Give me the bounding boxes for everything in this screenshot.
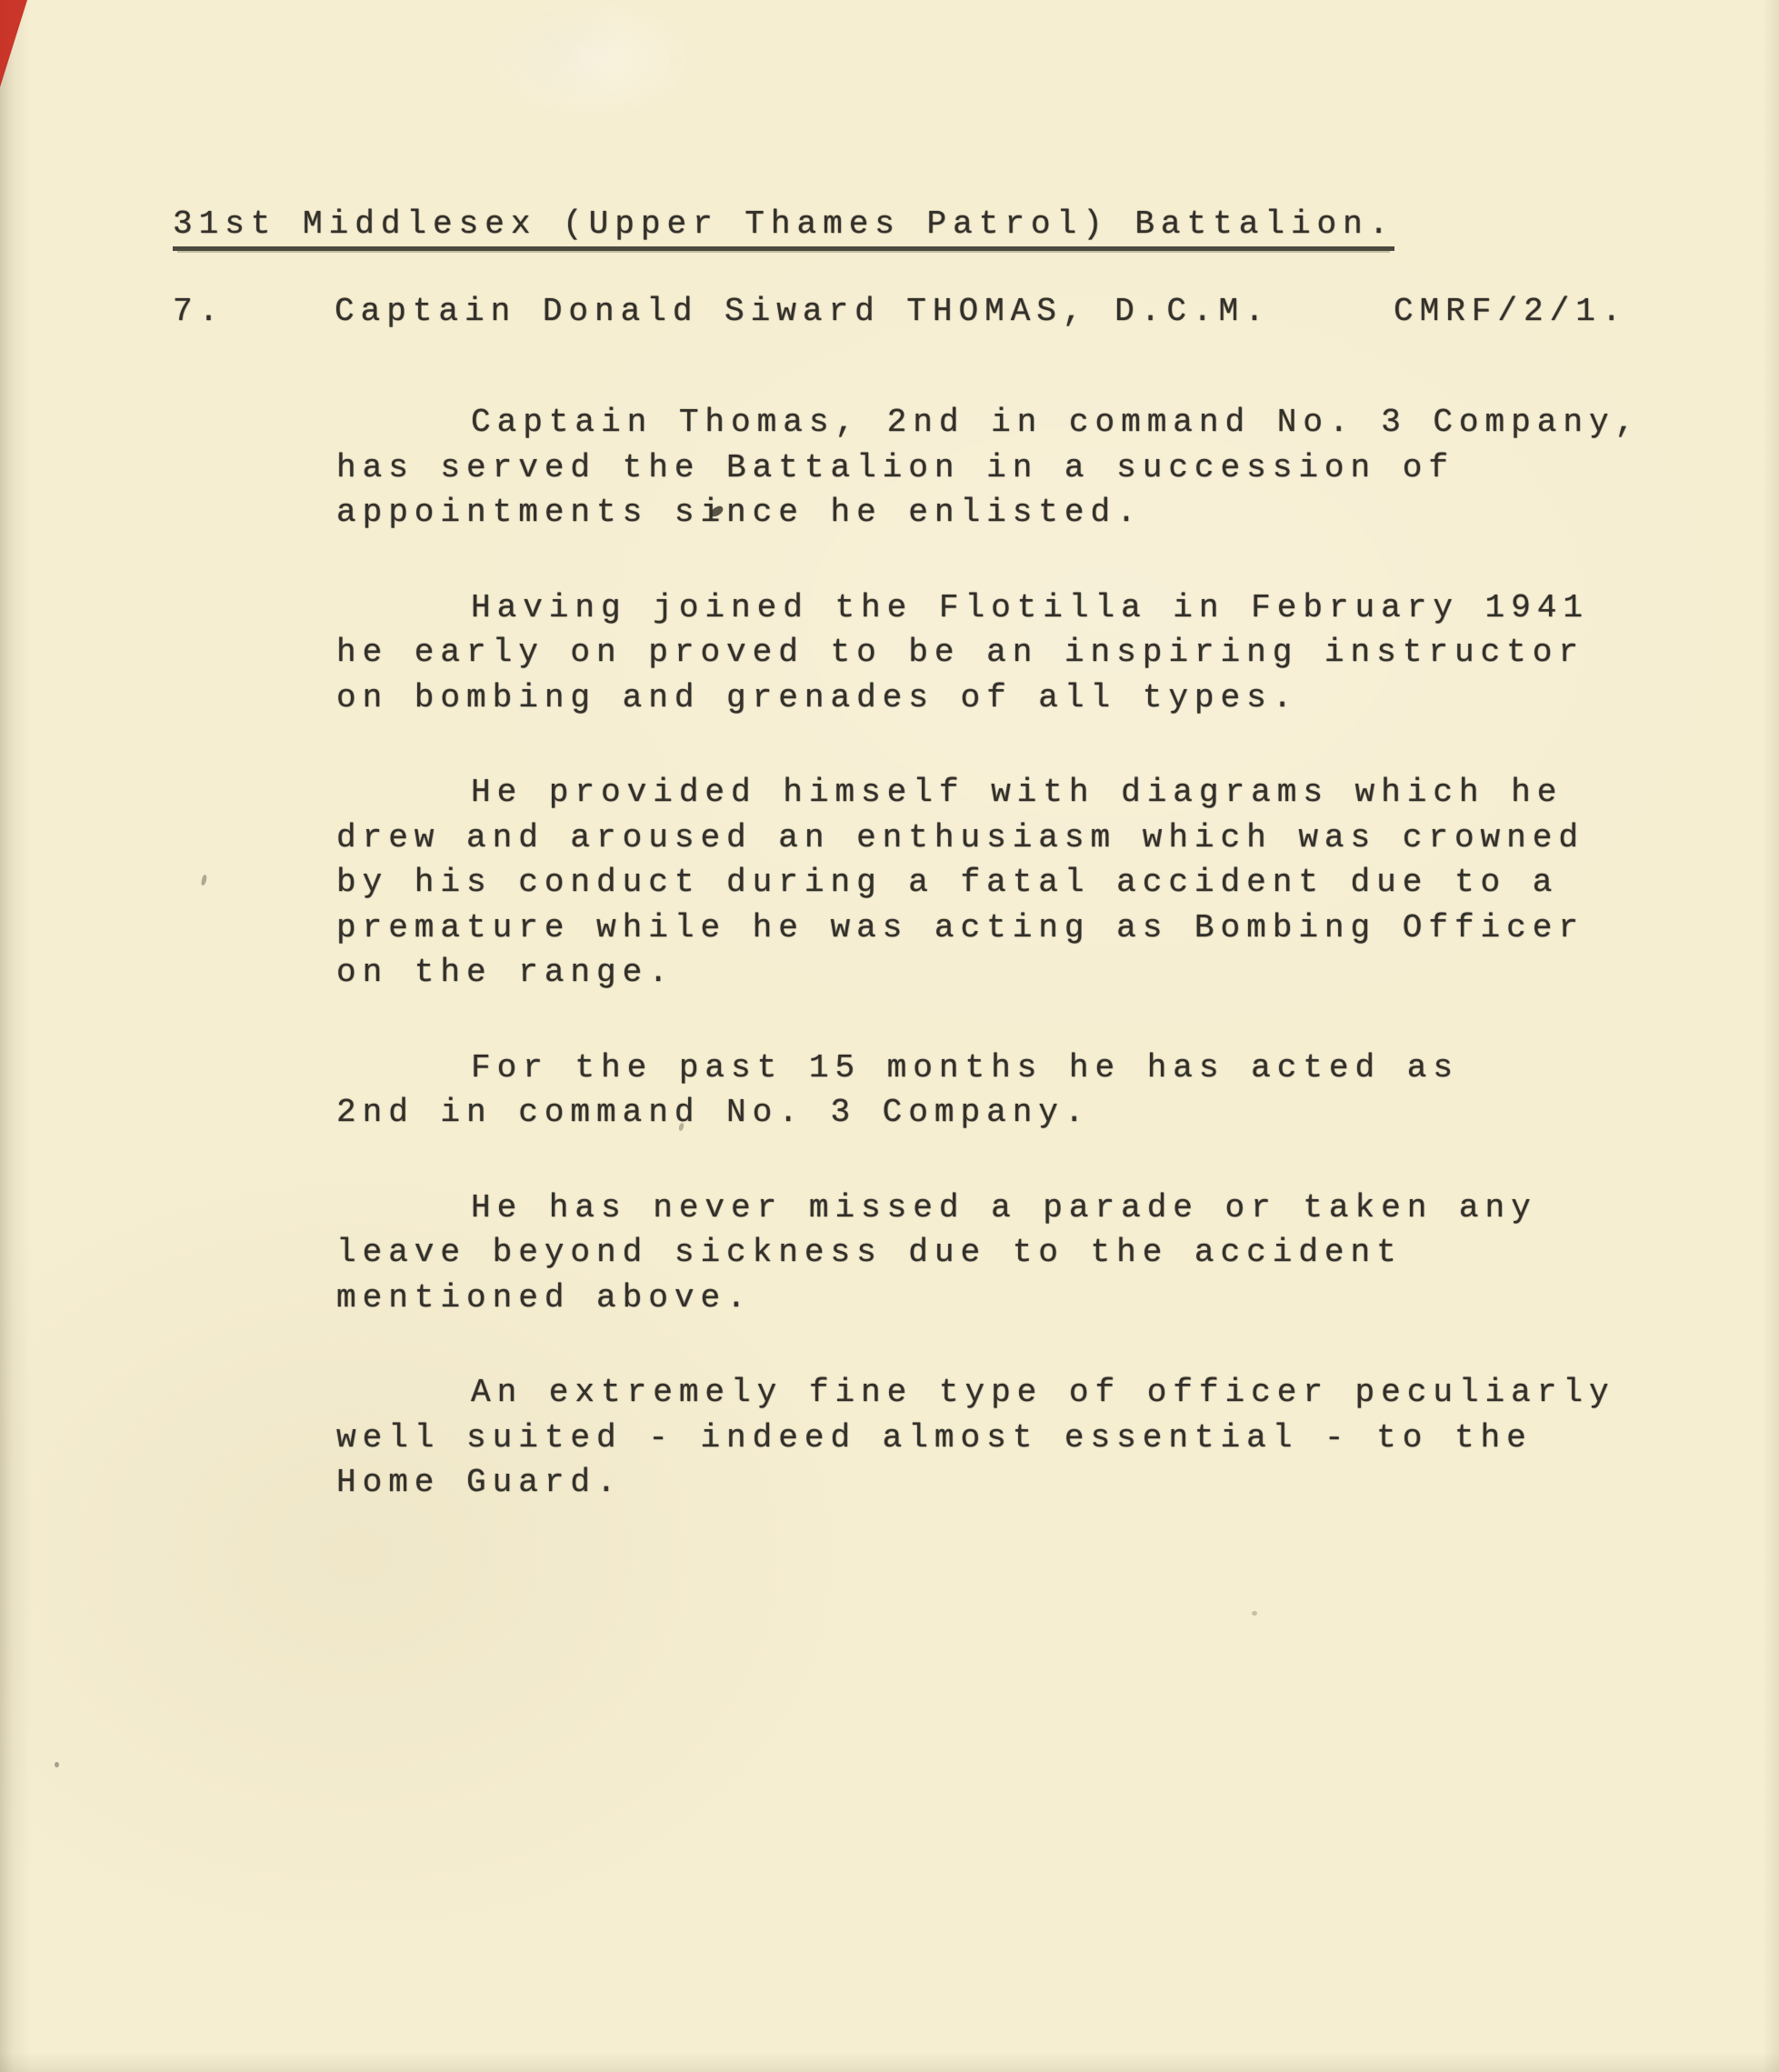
text-line: An extremely fine type of officer peculi… <box>336 1370 1682 1416</box>
paragraph: For the past 15 months he has acted as2n… <box>336 1046 1682 1136</box>
paragraph: Having joined the Flotilla in February 1… <box>336 586 1682 721</box>
ink-speck <box>201 875 207 886</box>
reference-code: CMRF/2/1. <box>1394 293 1627 330</box>
item-number: 7. <box>173 293 225 330</box>
text-line: Home Guard. <box>336 1460 1682 1506</box>
embossed-crest-watermark <box>455 0 727 145</box>
text-line: on bombing and grenades of all types. <box>336 676 1682 721</box>
text-line: mentioned above. <box>336 1276 1682 1321</box>
text-line: drew and aroused an enthusiasm which was… <box>336 816 1682 861</box>
page-title: 31st Middlesex (Upper Thames Patrol) Bat… <box>173 205 1394 243</box>
document-page: 31st Middlesex (Upper Thames Patrol) Bat… <box>0 0 1779 2072</box>
paragraph: He has never missed a parade or taken an… <box>336 1186 1682 1321</box>
body-paragraphs: Captain Thomas, 2nd in command No. 3 Com… <box>336 400 1682 1556</box>
text-line: leave beyond sickness due to the acciden… <box>336 1230 1682 1276</box>
ink-speck <box>55 1762 59 1767</box>
text-line: Captain Thomas, 2nd in command No. 3 Com… <box>336 400 1682 445</box>
text-line: well suited - indeed almost essential - … <box>336 1416 1682 1461</box>
paragraph: Captain Thomas, 2nd in command No. 3 Com… <box>336 400 1682 536</box>
paragraph: An extremely fine type of officer peculi… <box>336 1370 1682 1506</box>
text-line: premature while he was acting as Bombing… <box>336 906 1682 951</box>
subject-row: 7. Captain Donald Siward THOMAS, D.C.M. … <box>0 293 1779 338</box>
text-line: For the past 15 months he has acted as <box>336 1046 1682 1091</box>
ink-speck <box>1252 1611 1257 1616</box>
text-line: 2nd in command No. 3 Company. <box>336 1090 1682 1136</box>
text-line: by his conduct during a fatal accident d… <box>336 860 1682 906</box>
text-line: He has never missed a parade or taken an… <box>336 1186 1682 1231</box>
text-line: appointments since he enlisted. <box>336 490 1682 536</box>
text-line: Having joined the Flotilla in February 1… <box>336 586 1682 631</box>
text-line: he early on proved to be an inspiring in… <box>336 630 1682 676</box>
text-line: on the range. <box>336 950 1682 996</box>
paragraph: He provided himself with diagrams which … <box>336 770 1682 996</box>
text-line: has served the Battalion in a succession… <box>336 445 1682 491</box>
text-line: He provided himself with diagrams which … <box>336 770 1682 816</box>
battalion-heading-text: 31st Middlesex (Upper Thames Patrol) Bat… <box>173 205 1394 251</box>
red-corner-backing <box>0 0 27 87</box>
officer-subject-line: Captain Donald Siward THOMAS, D.C.M. <box>335 293 1271 330</box>
